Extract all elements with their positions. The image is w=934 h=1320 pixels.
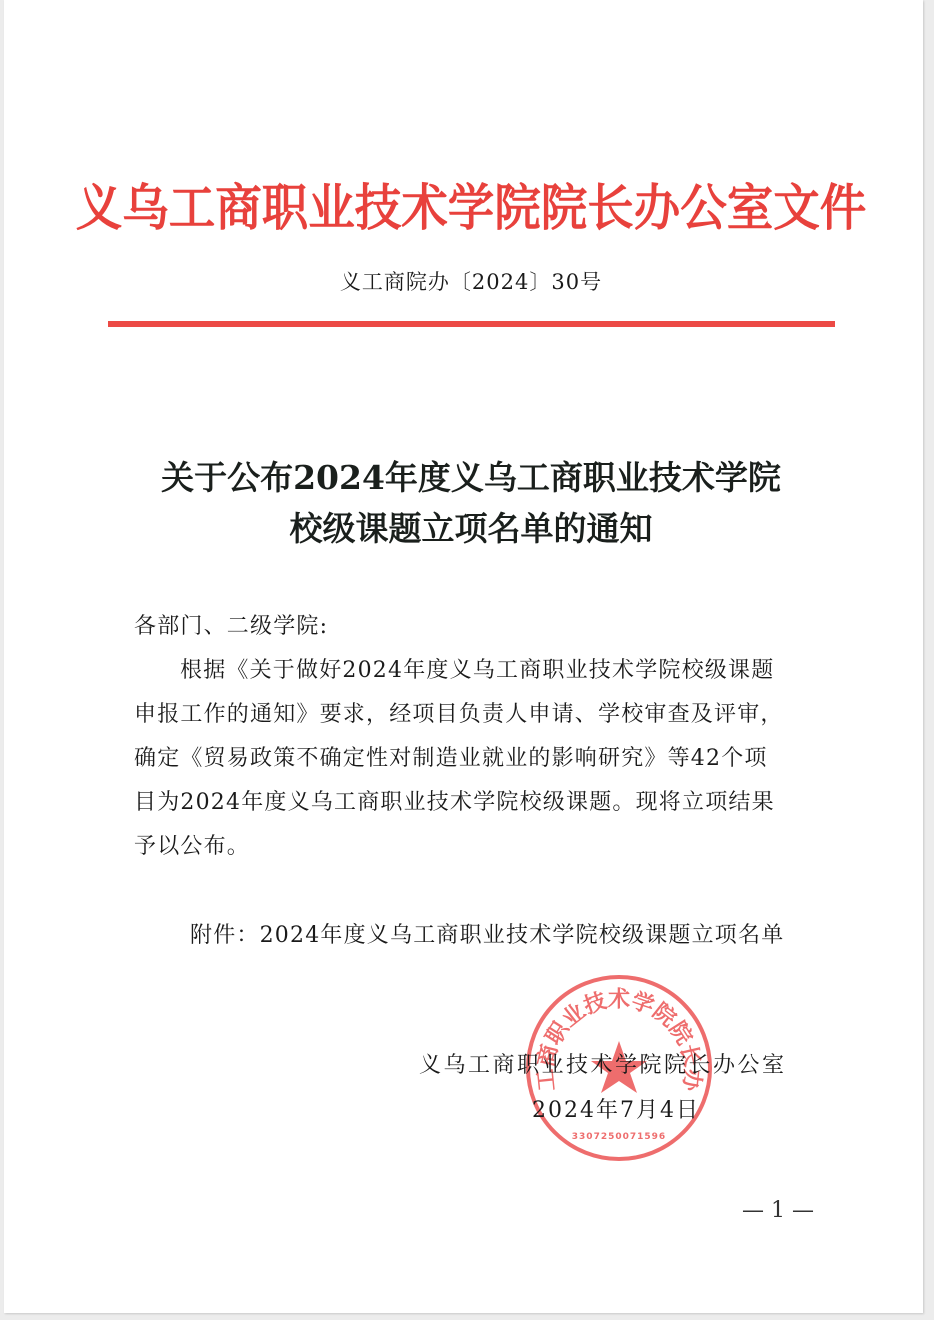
svg-text:3307250071596: 3307250071596 <box>572 1132 666 1142</box>
body-line: 申报工作的通知》要求，经项目负责人申请、学校审查及评审， <box>134 697 784 728</box>
body-line: 根据《关于做好2024年度义乌工商职业技术学院校级课题 <box>180 653 774 684</box>
body-line: 予以公布。 <box>134 829 250 860</box>
page-number: — 1 — <box>742 1198 814 1223</box>
signing-office: 义乌工商职业技术学院院长办公室 <box>419 1048 787 1079</box>
document-number: 义工商院办〔2024〕30号 <box>4 266 934 296</box>
document-page: 义乌工商职业技术学院院长办公室文件 义工商院办〔2024〕30号 关于公布202… <box>4 0 923 1313</box>
notice-title-line-2: 校级课题立项名单的通知 <box>4 503 934 550</box>
signing-date: 2024年7月4日 <box>532 1093 700 1124</box>
notice-title-line-1: 关于公布2024年度义乌工商职业技术学院 <box>4 452 934 499</box>
red-divider-line <box>108 321 835 327</box>
attachment-note: 附件：2024年度义乌工商职业技术学院校级课题立项名单 <box>190 918 784 949</box>
body-line: 目为2024年度义乌工商职业技术学院校级课题。现将立项结果 <box>134 785 775 816</box>
salutation: 各部门、二级学院: <box>134 609 328 640</box>
issuer-header-title: 义乌工商职业技术学院院长办公室文件 <box>37 168 906 240</box>
body-line: 确定《贸易政策不确定性对制造业就业的影响研究》等42个项 <box>134 741 768 772</box>
